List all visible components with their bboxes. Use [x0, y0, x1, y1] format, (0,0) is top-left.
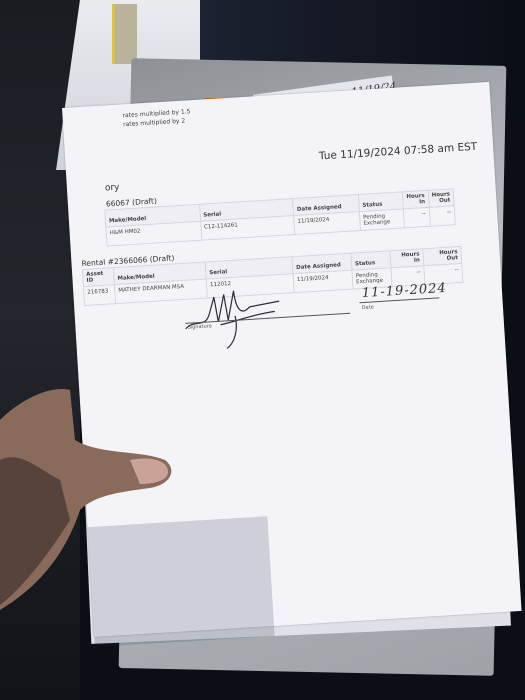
- hand: [0, 380, 175, 630]
- cell-asset-id: 216783: [83, 285, 115, 306]
- section-title: ory: [105, 183, 120, 194]
- handwritten-signature: [178, 282, 302, 354]
- date-label: Date: [362, 304, 374, 311]
- cell-hours-in: --: [404, 207, 430, 228]
- col-hours-in: Hours In: [403, 190, 429, 209]
- cell-hours-out: --: [429, 206, 455, 227]
- rate-note-2: rates multiplied by 2: [123, 118, 186, 129]
- col-hours-out: Hours Out: [428, 189, 454, 208]
- cell-date-assigned: 11/19/2024: [293, 270, 353, 293]
- col-asset-id: Asset ID: [82, 268, 114, 287]
- cell-date-assigned: 11/19/2024: [294, 212, 361, 235]
- rental-1-table: Make/Model Serial Date Assigned Status H…: [104, 188, 456, 246]
- cell-status: Pending Exchange: [359, 209, 405, 231]
- print-timestamp: Tue 11/19/2024 07:58 am EST: [319, 141, 478, 163]
- door-sticker: [112, 4, 137, 64]
- col-hours-in: Hours In: [390, 249, 424, 268]
